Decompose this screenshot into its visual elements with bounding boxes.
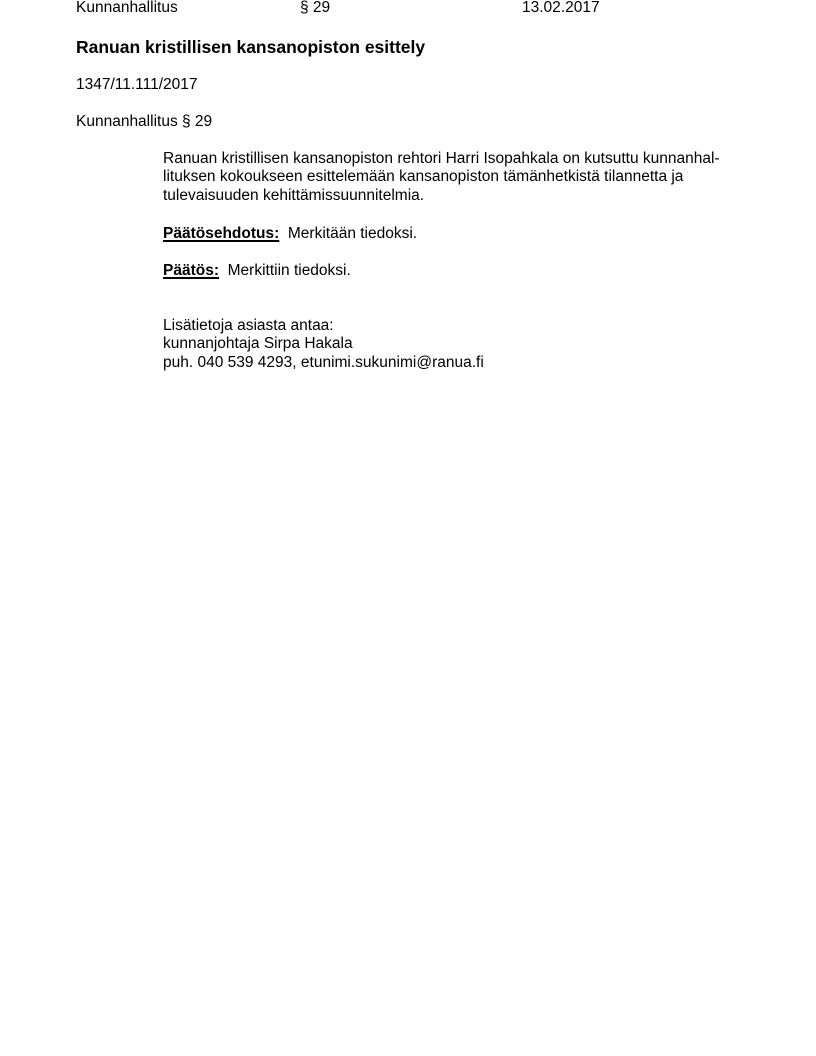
body-line: tulevaisuuden kehittämissuunnitelmia.	[163, 187, 720, 205]
section-reference: Kunnanhallitus § 29	[76, 112, 212, 132]
header-section-number: § 29	[300, 0, 330, 18]
decision-text: Merkittiin tiedoksi.	[228, 262, 351, 279]
proposal-text: Merkitään tiedoksi.	[288, 225, 417, 242]
document-title: Ranuan kristillisen kansanopiston esitte…	[76, 36, 425, 58]
contact-info: Lisätietoja asiasta antaa: kunnanjohtaja…	[163, 317, 484, 372]
header-date: 13.02.2017	[522, 0, 600, 18]
body-line: Ranuan kristillisen kansanopiston rehtor…	[163, 150, 720, 168]
body-line: lituksen kokoukseen esittelemään kansano…	[163, 168, 720, 186]
body-paragraph: Ranuan kristillisen kansanopiston rehtor…	[163, 150, 720, 205]
contact-line: kunnanjohtaja Sirpa Hakala	[163, 335, 484, 353]
header-body-name: Kunnanhallitus	[76, 0, 178, 18]
contact-line: puh. 040 539 4293, etunimi.sukunimi@ranu…	[163, 354, 484, 372]
diary-number: 1347/11.111/2017	[76, 75, 198, 95]
decision-proposal: Päätösehdotus: Merkitään tiedoksi.	[163, 225, 417, 243]
proposal-label: Päätösehdotus:	[163, 225, 279, 242]
decision-label: Päätös:	[163, 262, 219, 279]
page-header: Kunnanhallitus § 29 13.02.2017	[76, 0, 676, 18]
contact-line: Lisätietoja asiasta antaa:	[163, 317, 484, 335]
decision: Päätös: Merkittiin tiedoksi.	[163, 262, 351, 280]
